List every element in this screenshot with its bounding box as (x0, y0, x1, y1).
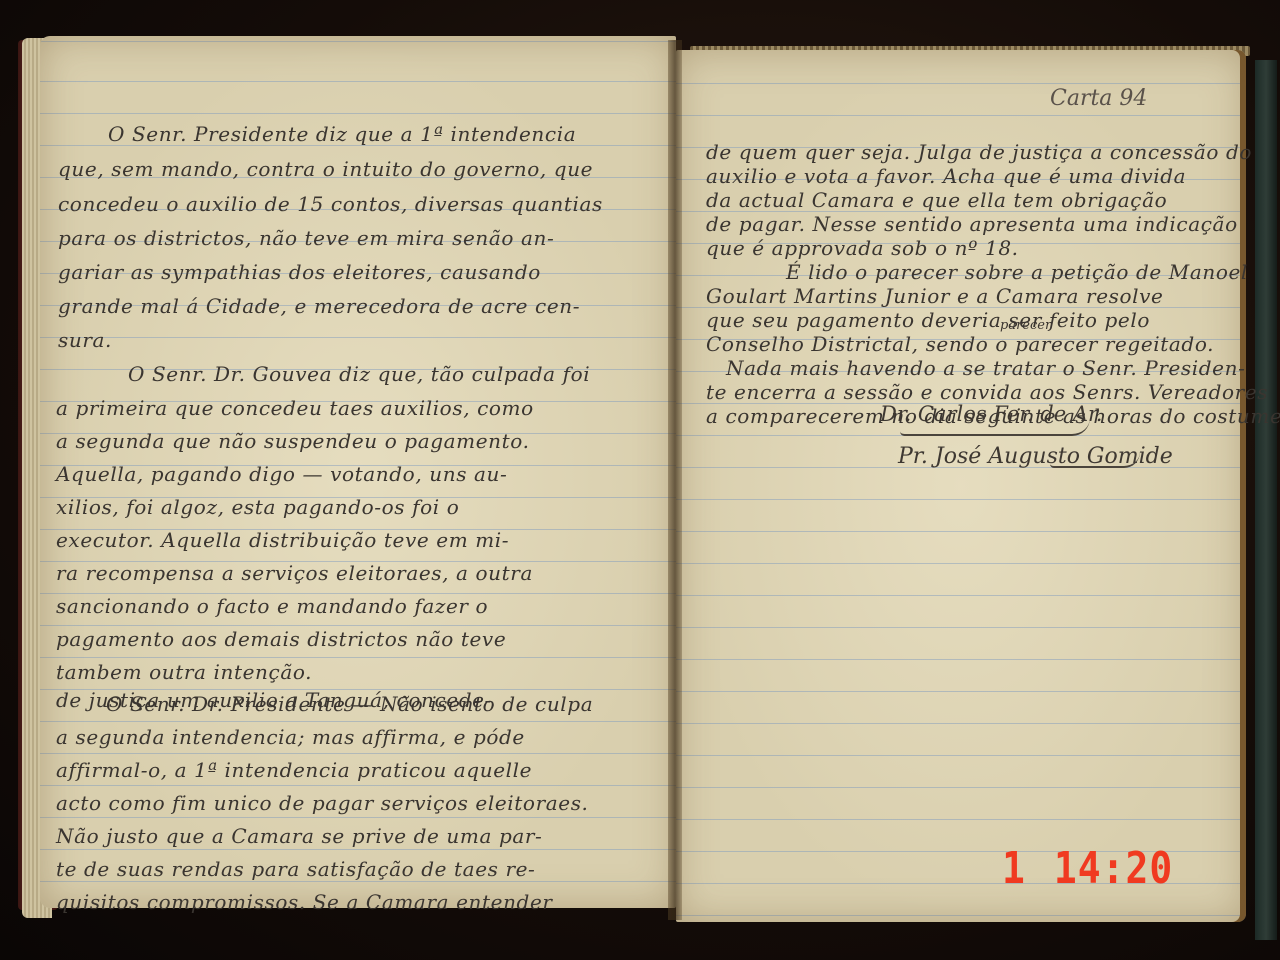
timestamp-day: 1 (1002, 843, 1026, 894)
handwritten-line: Não justo que a Camara se prive de uma p… (56, 824, 542, 848)
handwritten-line: que é approvada sob o nº 18. (706, 236, 1019, 260)
handwritten-line: te de suas rendas para satisfação de tae… (56, 857, 535, 881)
handwritten-line: O Senr. Presidente diz que a 1ª intenden… (108, 122, 576, 146)
timestamp-time: 14:20 (1054, 843, 1173, 894)
camera-date-time-stamp: 114:20 (1002, 843, 1173, 894)
handwritten-line: da actual Camara e que ella tem obrigaçã… (706, 188, 1167, 212)
handwritten-line: te encerra a sessão e convida aos Senrs.… (706, 380, 1268, 404)
signature-flourish (1050, 452, 1140, 468)
handwritten-line: a segunda que não suspendeu o pagamento. (56, 429, 530, 453)
handwritten-line: Aquella, pagando digo — votando, uns au- (56, 462, 507, 486)
handwritten-line: ra recompensa a serviços eleitoraes, a o… (56, 561, 533, 585)
handwritten-line: de justiça um auxilio a Tanguá, concede- (56, 688, 492, 712)
book-cover-right (1255, 60, 1277, 940)
handwritten-line: É lido o parecer sobre a petição de Mano… (786, 260, 1248, 284)
handwritten-line: Conselho Districtal, sendo o parecer reg… (706, 332, 1214, 356)
handwritten-line: Goulart Martins Junior e a Camara resolv… (706, 284, 1163, 308)
handwritten-line: sura. (58, 328, 112, 352)
handwritten-line: que seu pagamento deveria ser feito pelo (706, 308, 1150, 332)
handwritten-line: acto como fim unico de pagar serviços el… (56, 791, 589, 815)
handwritten-line: auxilio e vota a favor. Acha que é uma d… (706, 164, 1186, 188)
handwritten-line: quisitos compromissos. Se a Camara enten… (56, 890, 553, 914)
handwritten-line: xilios, foi algoz, esta pagando-os foi o (56, 495, 459, 519)
handwritten-line: a primeira que concedeu taes auxilios, c… (56, 396, 534, 420)
handwritten-line: de quem quer seja. Julga de justiça a co… (706, 140, 1252, 164)
handwritten-line: executor. Aquella distribuição teve em m… (56, 528, 509, 552)
handwritten-line: tambem outra intenção. (56, 660, 312, 684)
signature-flourish (900, 418, 1090, 436)
inserted-correction: parecer (1000, 318, 1051, 333)
handwritten-line: grande mal á Cidade, e merecedora de acr… (58, 294, 580, 318)
handwritten-line: sancionando o facto e mandando fazer o (56, 594, 488, 618)
handwritten-line: que, sem mando, contra o intuito do gove… (58, 157, 593, 181)
handwritten-line: gariar as sympathias dos eleitores, caus… (58, 260, 541, 284)
handwritten-line: affirmal-o, a 1ª intendencia praticou aq… (56, 758, 532, 782)
handwritten-line: pagamento aos demais districtos não teve (56, 627, 506, 651)
handwritten-line: de pagar. Nesse sentido apresenta uma in… (706, 212, 1238, 236)
handwritten-line: para os districtos, não teve em mira sen… (58, 226, 554, 250)
handwritten-line: a segunda intendencia; mas affirma, e pó… (56, 725, 525, 749)
handwritten-line: O Senr. Dr. Gouvea diz que, tão culpada … (128, 362, 590, 386)
page-number: Carta 94 (1050, 86, 1147, 111)
handwritten-line: Nada mais havendo a se tratar o Senr. Pr… (726, 356, 1245, 380)
book-gutter (668, 40, 682, 920)
handwritten-line: concedeu o auxilio de 15 contos, diversa… (58, 192, 603, 216)
